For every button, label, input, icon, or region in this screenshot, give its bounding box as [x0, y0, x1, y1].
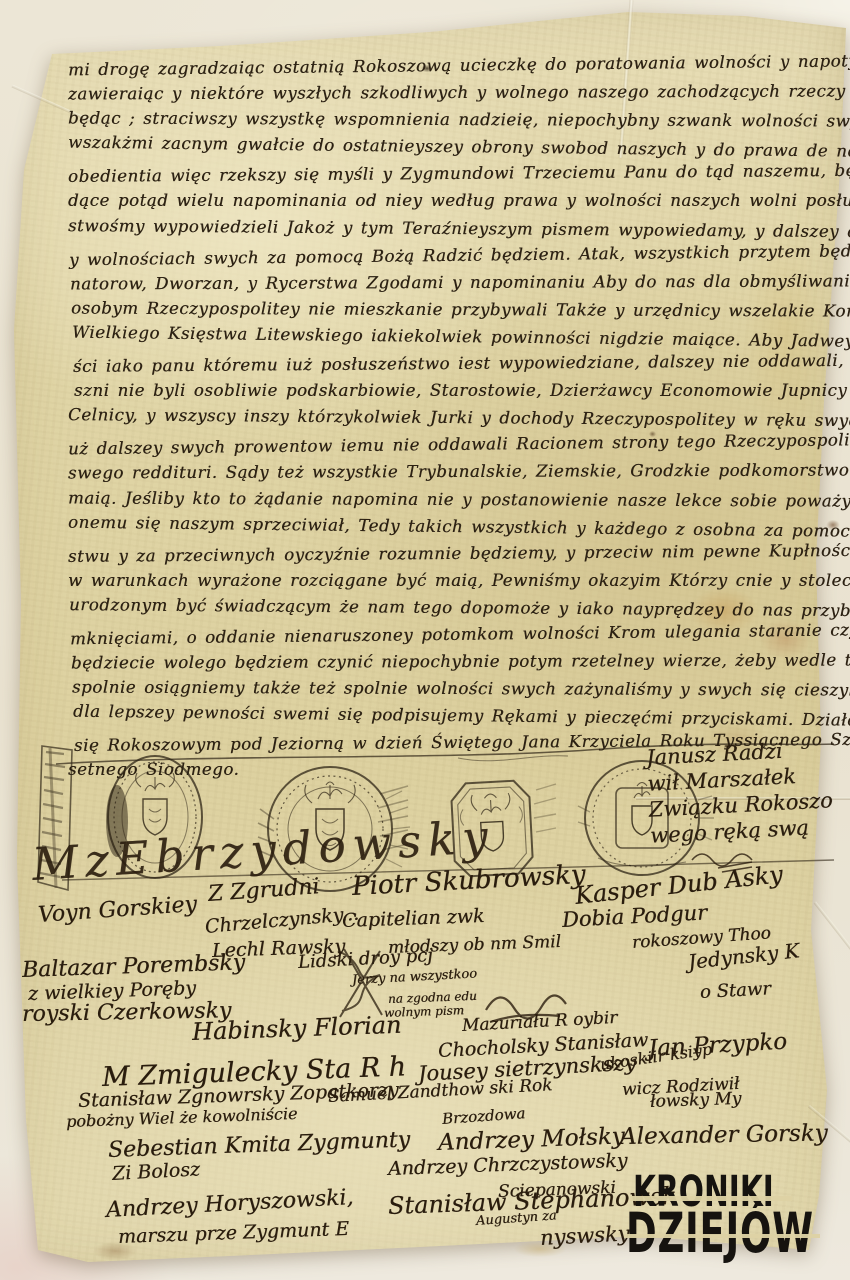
ink-flourish-2	[480, 980, 570, 1030]
manuscript-line: obedientia więc rzekszy się myśli y Zygm…	[68, 157, 826, 190]
manuscript-line: swego reddituri. Sądy też wszystkie Tryb…	[68, 457, 826, 487]
manuscript-line: w warunkach wyrażone rozciągane być maią…	[68, 567, 826, 594]
watermark-distress-cut-2	[624, 1234, 820, 1238]
manuscript-line: natorow, Dworzan, y Rycerstwa Zgodami y …	[70, 267, 826, 297]
manuscript-line: będziecie wolego będziem czynić niepochy…	[71, 647, 826, 677]
signature: nyswsky	[539, 1221, 630, 1250]
marshal-signature-block: Janusz Radziwił MarszałekZwiązku Rokoszo…	[645, 735, 834, 848]
manuscript-line: stwu y za przeciwnych oyczyźnie rozumnie…	[68, 537, 826, 570]
manuscript-line: zawieraiąc y niektóre wyszłych szkodliwy…	[68, 78, 826, 108]
photo-background: mi drogę zagradzaiąc ostatnią Rokoszową …	[0, 0, 850, 1280]
manuscript-line: ści iako panu któremu iuż posłuszeństwo …	[73, 347, 826, 380]
watermark-distress-cut	[630, 1196, 792, 1201]
manuscript-lines: mi drogę zagradzaiąc ostatnią Rokoszową …	[68, 52, 826, 784]
signature: Zi Bolosz	[111, 1158, 200, 1185]
signature: o Stawr	[699, 978, 771, 1003]
ink-hatching-2	[534, 784, 556, 832]
ink-flourish	[330, 945, 400, 1025]
manuscript-line: dące potąd wielu napominania od niey wed…	[68, 187, 826, 214]
band-top-line-2	[458, 756, 568, 761]
signature: łowsky My	[650, 1089, 742, 1112]
manuscript-line: szni nie byli osobliwie podskarbiowie, S…	[74, 377, 826, 404]
signature: Alexander Gorsky	[620, 1120, 828, 1150]
